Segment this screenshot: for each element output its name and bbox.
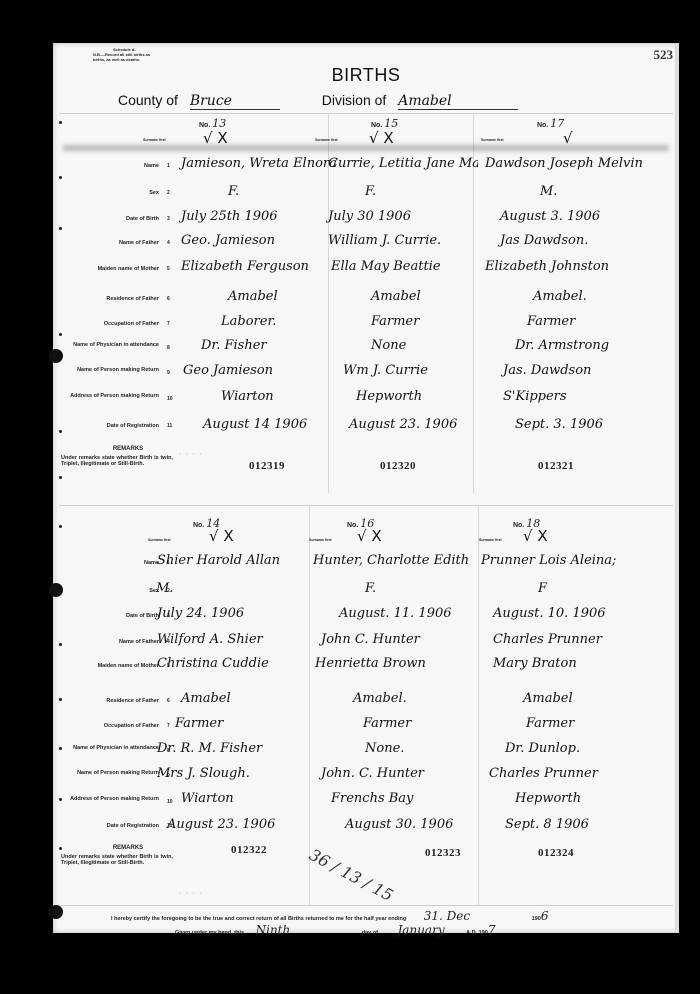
entry-person-return: Wm J. Currie	[343, 363, 428, 378]
row-number: 7	[167, 723, 170, 729]
entry-sex: F.	[365, 581, 376, 596]
entry-name: Currie, Letitia Jane May	[328, 156, 478, 171]
row-label-date-registration: Date of Registration	[69, 823, 159, 829]
entry-occupation: Laborer.	[221, 314, 276, 329]
registration-number: 012323	[425, 847, 461, 859]
top-entries-block: No. 13 No. 15 No. 17 Surname first Surna…	[53, 113, 679, 503]
certification-line-2: Given under my hand, this Ninth day of J…	[175, 923, 495, 937]
divider	[59, 905, 673, 906]
margin-dot	[59, 227, 62, 230]
entry-occupation: Farmer	[175, 716, 223, 731]
entry-date-registration: August 23. 1906	[349, 417, 457, 432]
row-number: 1	[167, 163, 170, 169]
given-day: Ninth	[256, 923, 291, 937]
entry-name: Jamieson, Wreta Elnora	[181, 156, 337, 171]
row-label-name: Name	[69, 560, 159, 566]
entry-name: Shier Harold Allan	[157, 553, 280, 568]
entry-residence: Amabel.	[353, 691, 407, 706]
row-label-date-registration: Date of Registration	[69, 423, 159, 429]
remarks-instructions: Under remarks state whether Birth is twi…	[61, 455, 173, 467]
registration-number: 012324	[538, 847, 574, 859]
entry-residence: Amabel	[523, 691, 573, 706]
remarks-heading: REMARKS	[83, 446, 173, 452]
row-label-address-return: Address of Person making Return	[69, 393, 159, 399]
remarks-instructions: Under remarks state whether Birth is twi…	[61, 854, 173, 866]
row-label-date-of-birth: Date of Birth	[69, 216, 159, 222]
entry-number: No. 17	[537, 117, 564, 130]
division-label: Division of	[322, 92, 387, 108]
margin-dot	[59, 525, 62, 528]
row-label-sex: Sex	[69, 588, 159, 594]
county-label: County of	[118, 92, 178, 108]
margin-dot	[59, 476, 62, 479]
page-title: BIRTHS	[53, 65, 679, 86]
day-of-text: day of	[362, 930, 378, 936]
check-mark: √ X	[523, 527, 548, 545]
column-divider	[478, 505, 479, 905]
entry-address-return: Wiarton	[221, 389, 274, 404]
schedule-note: Schedule A. N.B.—Record all still births…	[93, 47, 153, 62]
row-label-father: Name of Father	[69, 240, 159, 246]
divider	[59, 113, 673, 114]
year-suffix: 6	[541, 909, 549, 923]
row-label-person-return: Name of Person making Return	[69, 770, 159, 776]
entry-residence: Amabel	[371, 289, 421, 304]
margin-dot	[59, 430, 62, 433]
entry-father: John C. Hunter	[321, 632, 420, 647]
entry-residence: Amabel	[181, 691, 231, 706]
given-month: January	[398, 923, 445, 937]
row-number: 4	[167, 240, 170, 246]
entry-date-of-birth: July 25th 1906	[181, 209, 278, 224]
half-year-end-date: 31. Dec	[424, 909, 470, 923]
row-label-mother: Maiden name of Mother	[69, 663, 159, 669]
entry-physician: None	[371, 338, 406, 353]
entry-address-return: Frenchs Bay	[331, 791, 413, 806]
entry-residence: Amabel	[228, 289, 278, 304]
ad-text: A.D. 190	[466, 930, 488, 936]
entry-residence: Amabel.	[533, 289, 587, 304]
entry-address-return: S'Kippers	[503, 389, 567, 404]
surname-first-label: Surname first	[148, 538, 171, 542]
row-label-name: Name	[69, 163, 159, 169]
row-label-occupation: Occupation of Father	[69, 723, 159, 729]
birth-register-page: Schedule A. N.B.—Record all still births…	[53, 43, 679, 933]
punch-hole	[49, 905, 63, 919]
entry-person-return: Geo Jamieson	[183, 363, 273, 378]
row-label-address-return: Address of Person making Return	[69, 796, 159, 802]
row-number: 3	[167, 216, 170, 222]
entry-occupation: Farmer	[526, 716, 574, 731]
entry-father: Charles Prunner	[493, 632, 602, 647]
entry-occupation: Farmer	[527, 314, 575, 329]
row-label-occupation: Occupation of Father	[69, 321, 159, 327]
certification-text: I hereby certify the foregoing to be the…	[111, 916, 406, 922]
county-division-line: County of Bruce Division of Amabel	[118, 92, 526, 110]
row-number: 11	[167, 423, 172, 429]
entry-date-of-birth: July 24. 1906	[157, 606, 244, 621]
surname-first-label: Surname first	[479, 538, 502, 542]
given-under-text: Given under my hand, this	[175, 930, 244, 936]
entry-address-return: Hepworth	[356, 389, 422, 404]
entry-physician: Dr. R. M. Fisher	[157, 741, 262, 756]
entry-person-return: Jas. Dawdson	[503, 363, 591, 378]
margin-dot	[59, 847, 62, 850]
divider	[59, 505, 673, 506]
check-mark: √ X	[357, 527, 382, 545]
entry-date-registration: August 30. 1906	[345, 817, 453, 832]
entry-physician: Dr. Fisher	[201, 338, 267, 353]
entry-occupation: Farmer	[363, 716, 411, 731]
row-label-physician: Name of Physician in attendance	[69, 342, 159, 348]
registration-number: 012321	[538, 460, 574, 472]
entry-mother: Henrietta Brown	[315, 656, 426, 671]
entry-date-of-birth: August. 10. 1906	[493, 606, 606, 621]
entry-physician: Dr. Armstrong	[515, 338, 609, 353]
row-label-person-return: Name of Person making Return	[69, 367, 159, 373]
entry-date-registration: Sept. 8 1906	[505, 817, 589, 832]
surname-first-label: Surname first	[481, 138, 504, 142]
surname-first-label: Surname first	[143, 138, 166, 142]
entry-mother: Mary Braton	[493, 656, 577, 671]
entry-father: Jas Dawdson.	[500, 233, 588, 248]
entry-date-of-birth: August 3. 1906	[500, 209, 600, 224]
margin-dot	[59, 121, 62, 124]
entry-sex: F	[538, 581, 547, 596]
page-number: 523	[654, 47, 674, 63]
schedule-instruction: N.B.—Record all still births as births, …	[93, 52, 153, 62]
surname-first-label: Surname first	[315, 138, 338, 142]
column-divider	[309, 505, 310, 905]
margin-dot	[59, 798, 62, 801]
row-label-father: Name of Father	[69, 639, 159, 645]
surname-first-label: Surname first	[309, 538, 332, 542]
registration-number: 012322	[231, 844, 267, 856]
remarks-heading: REMARKS	[83, 845, 173, 851]
margin-dot	[59, 333, 62, 336]
row-number: 10	[167, 396, 173, 402]
entry-mother: Christina Cuddie	[157, 656, 269, 671]
entry-father: William J. Currie.	[328, 233, 441, 248]
entry-sex: F.	[228, 184, 239, 199]
faint-stamp: · · · ·	[179, 889, 203, 898]
entry-date-registration: August 14 1906	[203, 417, 307, 432]
row-number: 5	[167, 266, 170, 272]
entry-sex: F.	[365, 184, 376, 199]
entry-sex: M.	[156, 581, 173, 596]
entry-physician: None.	[365, 741, 404, 756]
row-label-mother: Maiden name of Mother	[69, 266, 159, 272]
entry-person-return: Charles Prunner	[489, 766, 598, 781]
entry-father: Geo. Jamieson	[181, 233, 275, 248]
pencil-tally-note: 36 / 13 / 15	[306, 845, 396, 905]
entry-name: Hunter, Charlotte Edith	[313, 553, 469, 568]
bottom-entries-block: No. 14 No. 16 No. 18 Surname first Surna…	[53, 505, 679, 905]
entry-date-registration: August 23. 1906	[167, 817, 275, 832]
check-mark: √ X	[209, 527, 234, 545]
entry-sex: M.	[540, 184, 557, 199]
row-number: 6	[167, 698, 170, 704]
entry-date-of-birth: August. 11. 1906	[339, 606, 452, 621]
entry-person-return: John. C. Hunter	[321, 766, 424, 781]
entry-address-return: Hepworth	[515, 791, 581, 806]
entry-mother: Elizabeth Johnston	[485, 259, 609, 274]
row-label-residence: Residence of Father	[69, 698, 159, 704]
row-label-residence: Residence of Father	[69, 296, 159, 302]
entry-mother: Ella May Beattie	[331, 259, 441, 274]
entry-name: Dawdson Joseph Melvin	[485, 156, 643, 171]
entry-father: Wilford A. Shier	[157, 632, 263, 647]
entry-occupation: Farmer	[371, 314, 419, 329]
county-value: Bruce	[190, 93, 280, 110]
entry-mother: Elizabeth Ferguson	[181, 259, 309, 274]
entry-address-return: Wiarton	[181, 791, 234, 806]
margin-dot	[59, 698, 62, 701]
margin-dot	[59, 176, 62, 179]
row-label-sex: Sex	[69, 190, 159, 196]
row-number: 9	[167, 370, 170, 376]
given-year-suffix: 7	[488, 923, 496, 937]
row-number: 6	[167, 296, 170, 302]
faint-stamp: · · · ·	[179, 450, 203, 459]
year-prefix: 190	[532, 916, 541, 922]
row-number: 10	[167, 799, 173, 805]
row-number: 8	[167, 345, 170, 351]
entry-date-of-birth: July 30 1906	[328, 209, 411, 224]
entry-date-registration: Sept. 3. 1906	[515, 417, 603, 432]
division-value: Amabel	[398, 93, 518, 110]
certification-line-1: I hereby certify the foregoing to be the…	[111, 909, 548, 923]
entry-physician: Dr. Dunlop.	[505, 741, 580, 756]
margin-dot	[59, 747, 62, 750]
entry-person-return: Mrs J. Slough.	[157, 766, 250, 781]
entry-name: Prunner Lois Aleina;	[481, 553, 616, 568]
registration-number: 012320	[380, 460, 416, 472]
row-label-physician: Name of Physician in attendance	[69, 745, 159, 751]
row-number: 7	[167, 321, 170, 327]
row-number: 2	[167, 190, 170, 196]
registration-number: 012319	[249, 460, 285, 472]
row-label-date-of-birth: Date of Birth	[69, 613, 159, 619]
margin-dot	[59, 643, 62, 646]
redaction-blur	[63, 143, 669, 153]
